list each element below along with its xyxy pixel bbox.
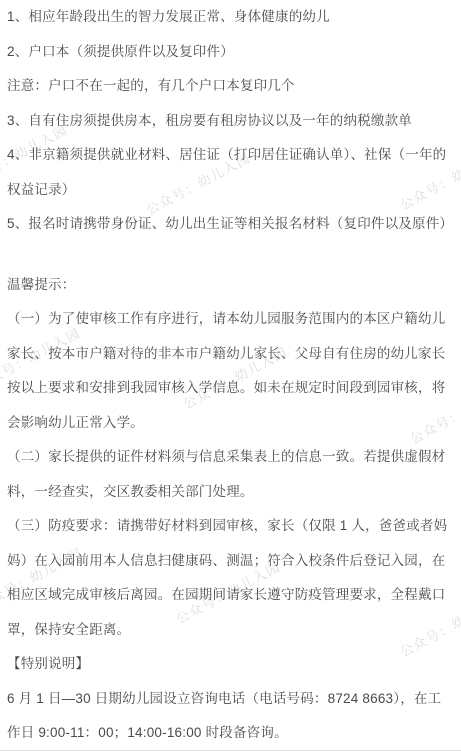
document-page: 公众号：幼儿入园公众号：幼儿入园公众号：幼儿入园公众号：幼儿入园公众号：幼儿入园…: [0, 0, 461, 754]
paragraph-item-1: 1、相应年龄段出生的智力发展正常、身体健康的幼儿: [7, 0, 455, 35]
paragraph-tips-title: 温馨提示：: [7, 268, 455, 303]
text-line: （一）为了使审核工作有序进行，请本幼儿园服务范围内的本区户籍幼儿: [7, 302, 455, 337]
text-line: 按以上要求和安排到我园审核入学信息。如未在规定时间段到园审核，将: [7, 371, 455, 406]
paragraph-tip-1: （一）为了使审核工作有序进行，请本幼儿园服务范围内的本区户籍幼儿家长、按本市户籍…: [7, 302, 455, 440]
document-content: 1、相应年龄段出生的智力发展正常、身体健康的幼儿2、户口本（须提供原件以及复印件…: [0, 0, 461, 754]
paragraph-item-4: 4、非京籍须提供就业材料、居住证（打印居住证确认单）、社保（一年的权益记录）: [7, 138, 455, 207]
paragraph-item-3: 3、自有住房须提供房本，租房要有租房协议以及一年的纳税缴款单: [7, 104, 455, 139]
text-line: 妈）在入园前用本人信息扫健康码、测温；符合入校条件后登记入园，在: [7, 544, 455, 579]
text-line: 权益记录）: [7, 173, 455, 208]
text-line: 家长、按本市户籍对待的非本市户籍幼儿家长、父母自有住房的幼儿家长: [7, 337, 455, 372]
paragraph-special-note-title: 【特别说明】: [7, 647, 455, 682]
text-line: 料，一经查实，交区教委相关部门处理。: [7, 475, 455, 510]
text-line: 4、非京籍须提供就业材料、居住证（打印居住证确认单）、社保（一年的: [7, 138, 455, 173]
text-line: 2、户口本（须提供原件以及复印件）: [7, 35, 455, 70]
paragraph-tip-3: （三）防疫要求：请携带好材料到园审核，家长（仅限 1 人，爸爸或者妈妈）在入园前…: [7, 509, 455, 647]
text-line: 相应区域完成审核后离园。在园期间请家长遵守防疫管理要求，全程戴口: [7, 578, 455, 613]
text-line: 注意：户口不在一起的，有几个户口本复印几个: [7, 69, 455, 104]
text-line: 作日 9:00-11：00；14:00-16:00 时段备咨询。: [7, 716, 455, 751]
bottom-divider: [0, 750, 461, 751]
text-line: 5、报名时请携带身份证、幼儿出生证等相关报名材料（复印件以及原件）: [7, 207, 455, 242]
text-line: 6 月 1 日—30 日期幼儿园设立咨询电话（电话号码：8724 8663），在…: [7, 682, 455, 717]
text-line: 温馨提示：: [7, 268, 455, 303]
text-line: （三）防疫要求：请携带好材料到园审核，家长（仅限 1 人，爸爸或者妈: [7, 509, 455, 544]
text-line: 罩，保持安全距离。: [7, 613, 455, 648]
text-line: 会影响幼儿正常入学。: [7, 406, 455, 441]
text-line: 1、相应年龄段出生的智力发展正常、身体健康的幼儿: [7, 0, 455, 35]
text-line: （二）家长提供的证件材料须与信息采集表上的信息一致。若提供虚假材: [7, 440, 455, 475]
text-line: 3、自有住房须提供房本，租房要有租房协议以及一年的纳税缴款单: [7, 104, 455, 139]
paragraph-special-note: 6 月 1 日—30 日期幼儿园设立咨询电话（电话号码：8724 8663），在…: [7, 682, 455, 751]
paragraph-tip-2: （二）家长提供的证件材料须与信息采集表上的信息一致。若提供虚假材料，一经查实，交…: [7, 440, 455, 509]
paragraph-note: 注意：户口不在一起的，有几个户口本复印几个: [7, 69, 455, 104]
paragraph-item-2: 2、户口本（须提供原件以及复印件）: [7, 35, 455, 70]
paragraph-item-5: 5、报名时请携带身份证、幼儿出生证等相关报名材料（复印件以及原件）: [7, 207, 455, 242]
text-line: 【特别说明】: [7, 647, 455, 682]
